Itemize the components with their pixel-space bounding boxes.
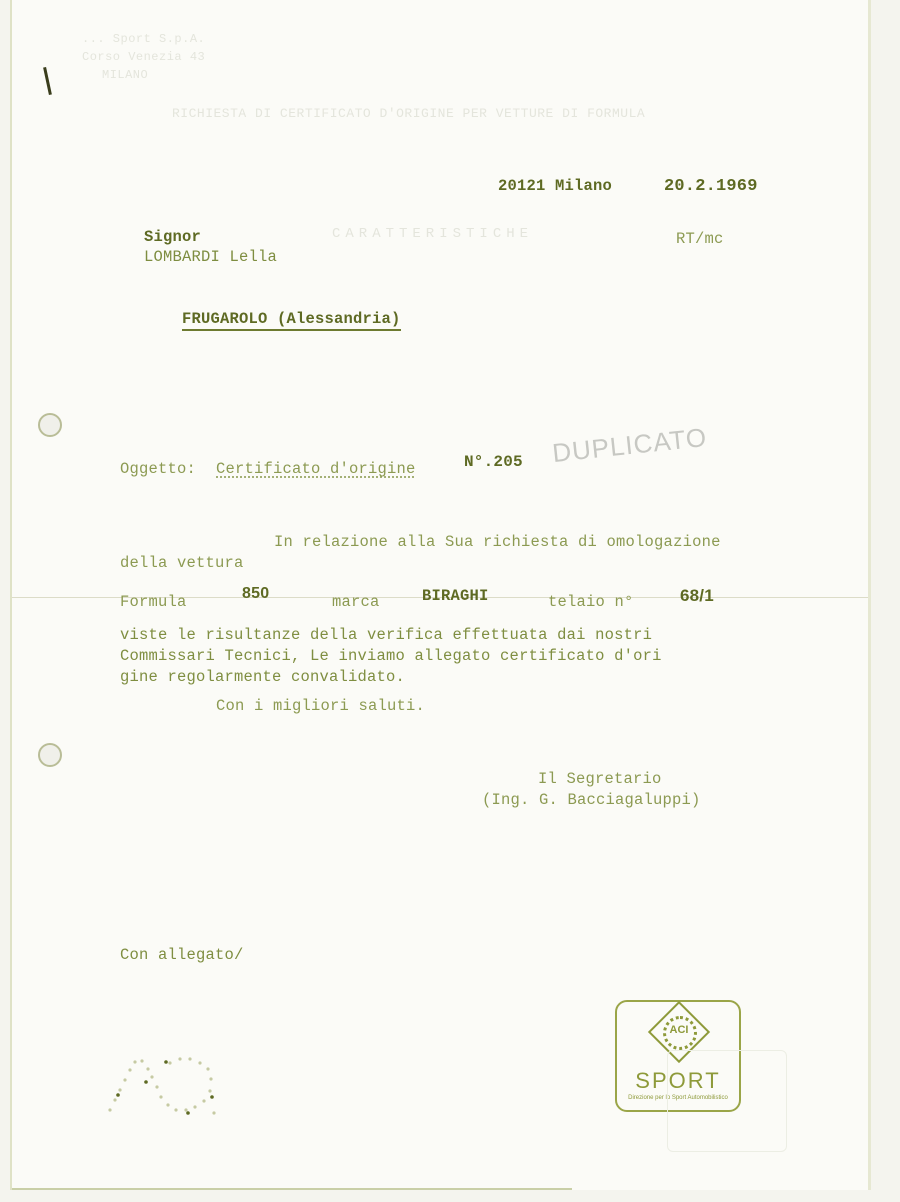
letter-page: ... Sport S.p.A. Corso Venezia 43 MILANO… xyxy=(10,0,871,1190)
recipient-name: LOMBARDI Lella xyxy=(144,248,277,266)
page-edge xyxy=(12,1188,572,1190)
recipient-location: FRUGAROLO (Alessandria) xyxy=(182,310,401,331)
bleed-header-line-1: ... Sport S.p.A. xyxy=(82,32,205,46)
subject-label: Oggetto: xyxy=(120,460,196,478)
certificate-number: N°.205 xyxy=(464,453,523,471)
place: 20121 Milano xyxy=(498,177,612,195)
date: 20.2.1969 xyxy=(664,177,758,196)
aci-logo: ACI xyxy=(664,1024,694,1036)
body-line-3: viste le risultanze della verifica effet… xyxy=(120,626,652,644)
formula-value: 850 xyxy=(242,585,269,603)
bleed-section: CARATTERISTICHE xyxy=(332,226,533,242)
enclosure-note: Con allegato/ xyxy=(120,946,244,964)
bleed-header-line-2: Corso Venezia 43 xyxy=(82,50,205,64)
punch-hole-bottom xyxy=(38,743,62,767)
body-line-2: della vettura xyxy=(120,554,244,572)
marca-value: BIRAGHI xyxy=(422,587,489,605)
bleed-header-line-3: MILANO xyxy=(102,68,148,82)
duplicate-stamp: DUPLICATO xyxy=(551,422,709,469)
salutation: Signor xyxy=(144,228,201,246)
closing: Con i migliori saluti. xyxy=(216,697,425,715)
recipient-location-wrap: FRUGAROLO (Alessandria) xyxy=(144,292,401,346)
perforation-aci-icon xyxy=(100,1055,230,1125)
reference: RT/mc xyxy=(676,230,724,248)
bleed-title: RICHIESTA DI CERTIFICATO D'ORIGINE PER V… xyxy=(172,106,645,121)
body-line-1: In relazione alla Sua richiesta di omolo… xyxy=(274,533,721,551)
formula-label: Formula xyxy=(120,593,187,611)
ghost-stamp xyxy=(667,1050,787,1152)
signature-title: Il Segretario xyxy=(538,770,662,788)
signature-name: (Ing. G. Bacciagaluppi) xyxy=(482,791,701,809)
body-line-5: gine regolarmente convalidato. xyxy=(120,668,405,686)
telaio-label: telaio n° xyxy=(548,593,634,611)
subject-text: Certificato d'origine xyxy=(216,460,416,478)
body-line-4: Commissari Tecnici, Le inviamo allegato … xyxy=(120,647,662,665)
marca-label: marca xyxy=(332,593,380,611)
pen-mark xyxy=(43,67,52,95)
punch-hole-top xyxy=(38,413,62,437)
telaio-value: 68/1 xyxy=(680,586,714,606)
